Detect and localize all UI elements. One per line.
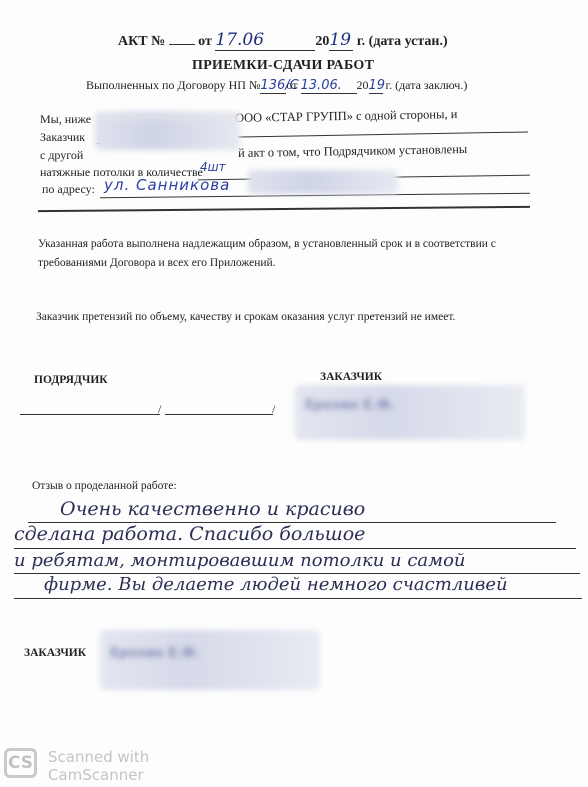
watermark-line2: CamScanner bbox=[48, 766, 144, 784]
redacted-overlay bbox=[100, 116, 235, 119]
address-value: ул. Санникова bbox=[104, 176, 230, 194]
contractor-label: ПОДРЯДЧИК bbox=[34, 374, 108, 386]
act-year: 19 bbox=[329, 30, 353, 51]
contract-suffix: г. (дата заключ.) bbox=[386, 78, 468, 92]
footer-customer-name: Ерохин Е.Ф. bbox=[110, 646, 200, 661]
customer-label: Заказчик bbox=[40, 130, 85, 145]
address-line-2 bbox=[38, 206, 530, 212]
act-date: 17.06 bbox=[215, 30, 315, 51]
signature-slash-2: / bbox=[272, 402, 275, 417]
review-line-3: и ребятам, монтировавшим потолки и самой bbox=[14, 550, 466, 571]
parties-line1-start: Мы, ниже bbox=[40, 112, 91, 127]
contract-year: 19 bbox=[369, 78, 383, 94]
contract-line: Выполненных по Договору НП №136/Сот 13.0… bbox=[86, 78, 467, 94]
review-rule-4 bbox=[14, 598, 582, 599]
address-label: по адресу: bbox=[42, 182, 95, 197]
review-line-1: Очень качественно и красиво bbox=[60, 498, 365, 520]
customer-signature-name: Ерохин Е.Ф. bbox=[305, 398, 395, 413]
watermark-line1: Scanned with bbox=[48, 748, 149, 766]
contractor-signature-line bbox=[20, 414, 160, 415]
review-line-2: сделана работа. Спасибо большое bbox=[14, 523, 365, 545]
act-year-prefix: 20 bbox=[315, 34, 329, 49]
customer-name-line bbox=[238, 131, 528, 137]
parties-line1-end: ООО «СТАР ГРУПП» с одной стороны, и bbox=[235, 107, 458, 126]
contract-year-prefix: 20 bbox=[357, 78, 369, 92]
contract-from-label: от bbox=[286, 78, 297, 92]
act-header: АКТ № от 17.062019 г. (дата устан.) bbox=[118, 30, 448, 51]
signature-slash: / bbox=[158, 402, 161, 417]
contract-date: 13.06. bbox=[301, 78, 357, 94]
review-rule-2 bbox=[14, 548, 576, 549]
paragraph1-line1: Указанная работа выполнена надлежащим об… bbox=[38, 238, 496, 250]
contractor-name-line bbox=[165, 414, 273, 415]
act-label: АКТ № bbox=[118, 34, 165, 49]
act-date-note: г. (дата устан.) bbox=[357, 34, 448, 49]
paragraph2: Заказчик претензий по объему, качеству и… bbox=[36, 311, 455, 323]
scanned-document: АКТ № от 17.062019 г. (дата устан.) ПРИЕ… bbox=[0, 0, 588, 787]
review-label: Отзыв о проделанной работе: bbox=[32, 480, 177, 492]
contract-number: 136/С bbox=[260, 78, 286, 94]
customer-signature-label: ЗАКАЗЧИК bbox=[320, 371, 382, 383]
document-title: ПРИЕМКИ-СДАЧИ РАБОТ bbox=[192, 58, 374, 74]
camscanner-logo-icon: CS bbox=[4, 748, 37, 778]
paragraph1-line2: требованиями Договора и всех его Приложе… bbox=[38, 257, 276, 269]
footer-customer-label: ЗАКАЗЧИК bbox=[24, 647, 86, 659]
redacted-address bbox=[248, 170, 398, 194]
contract-prefix: Выполненных по Договору НП № bbox=[86, 78, 260, 92]
parties-line3-start: с другой bbox=[40, 148, 83, 163]
act-from-label: от bbox=[198, 34, 212, 49]
parties-line3-end: й акт о том, что Подрядчиком установлены bbox=[238, 142, 468, 161]
review-line-4: фирме. Вы делаете людей немного счастлив… bbox=[44, 574, 508, 595]
act-number-blank bbox=[169, 33, 195, 45]
ceilings-count-value: 4шт bbox=[200, 160, 226, 174]
